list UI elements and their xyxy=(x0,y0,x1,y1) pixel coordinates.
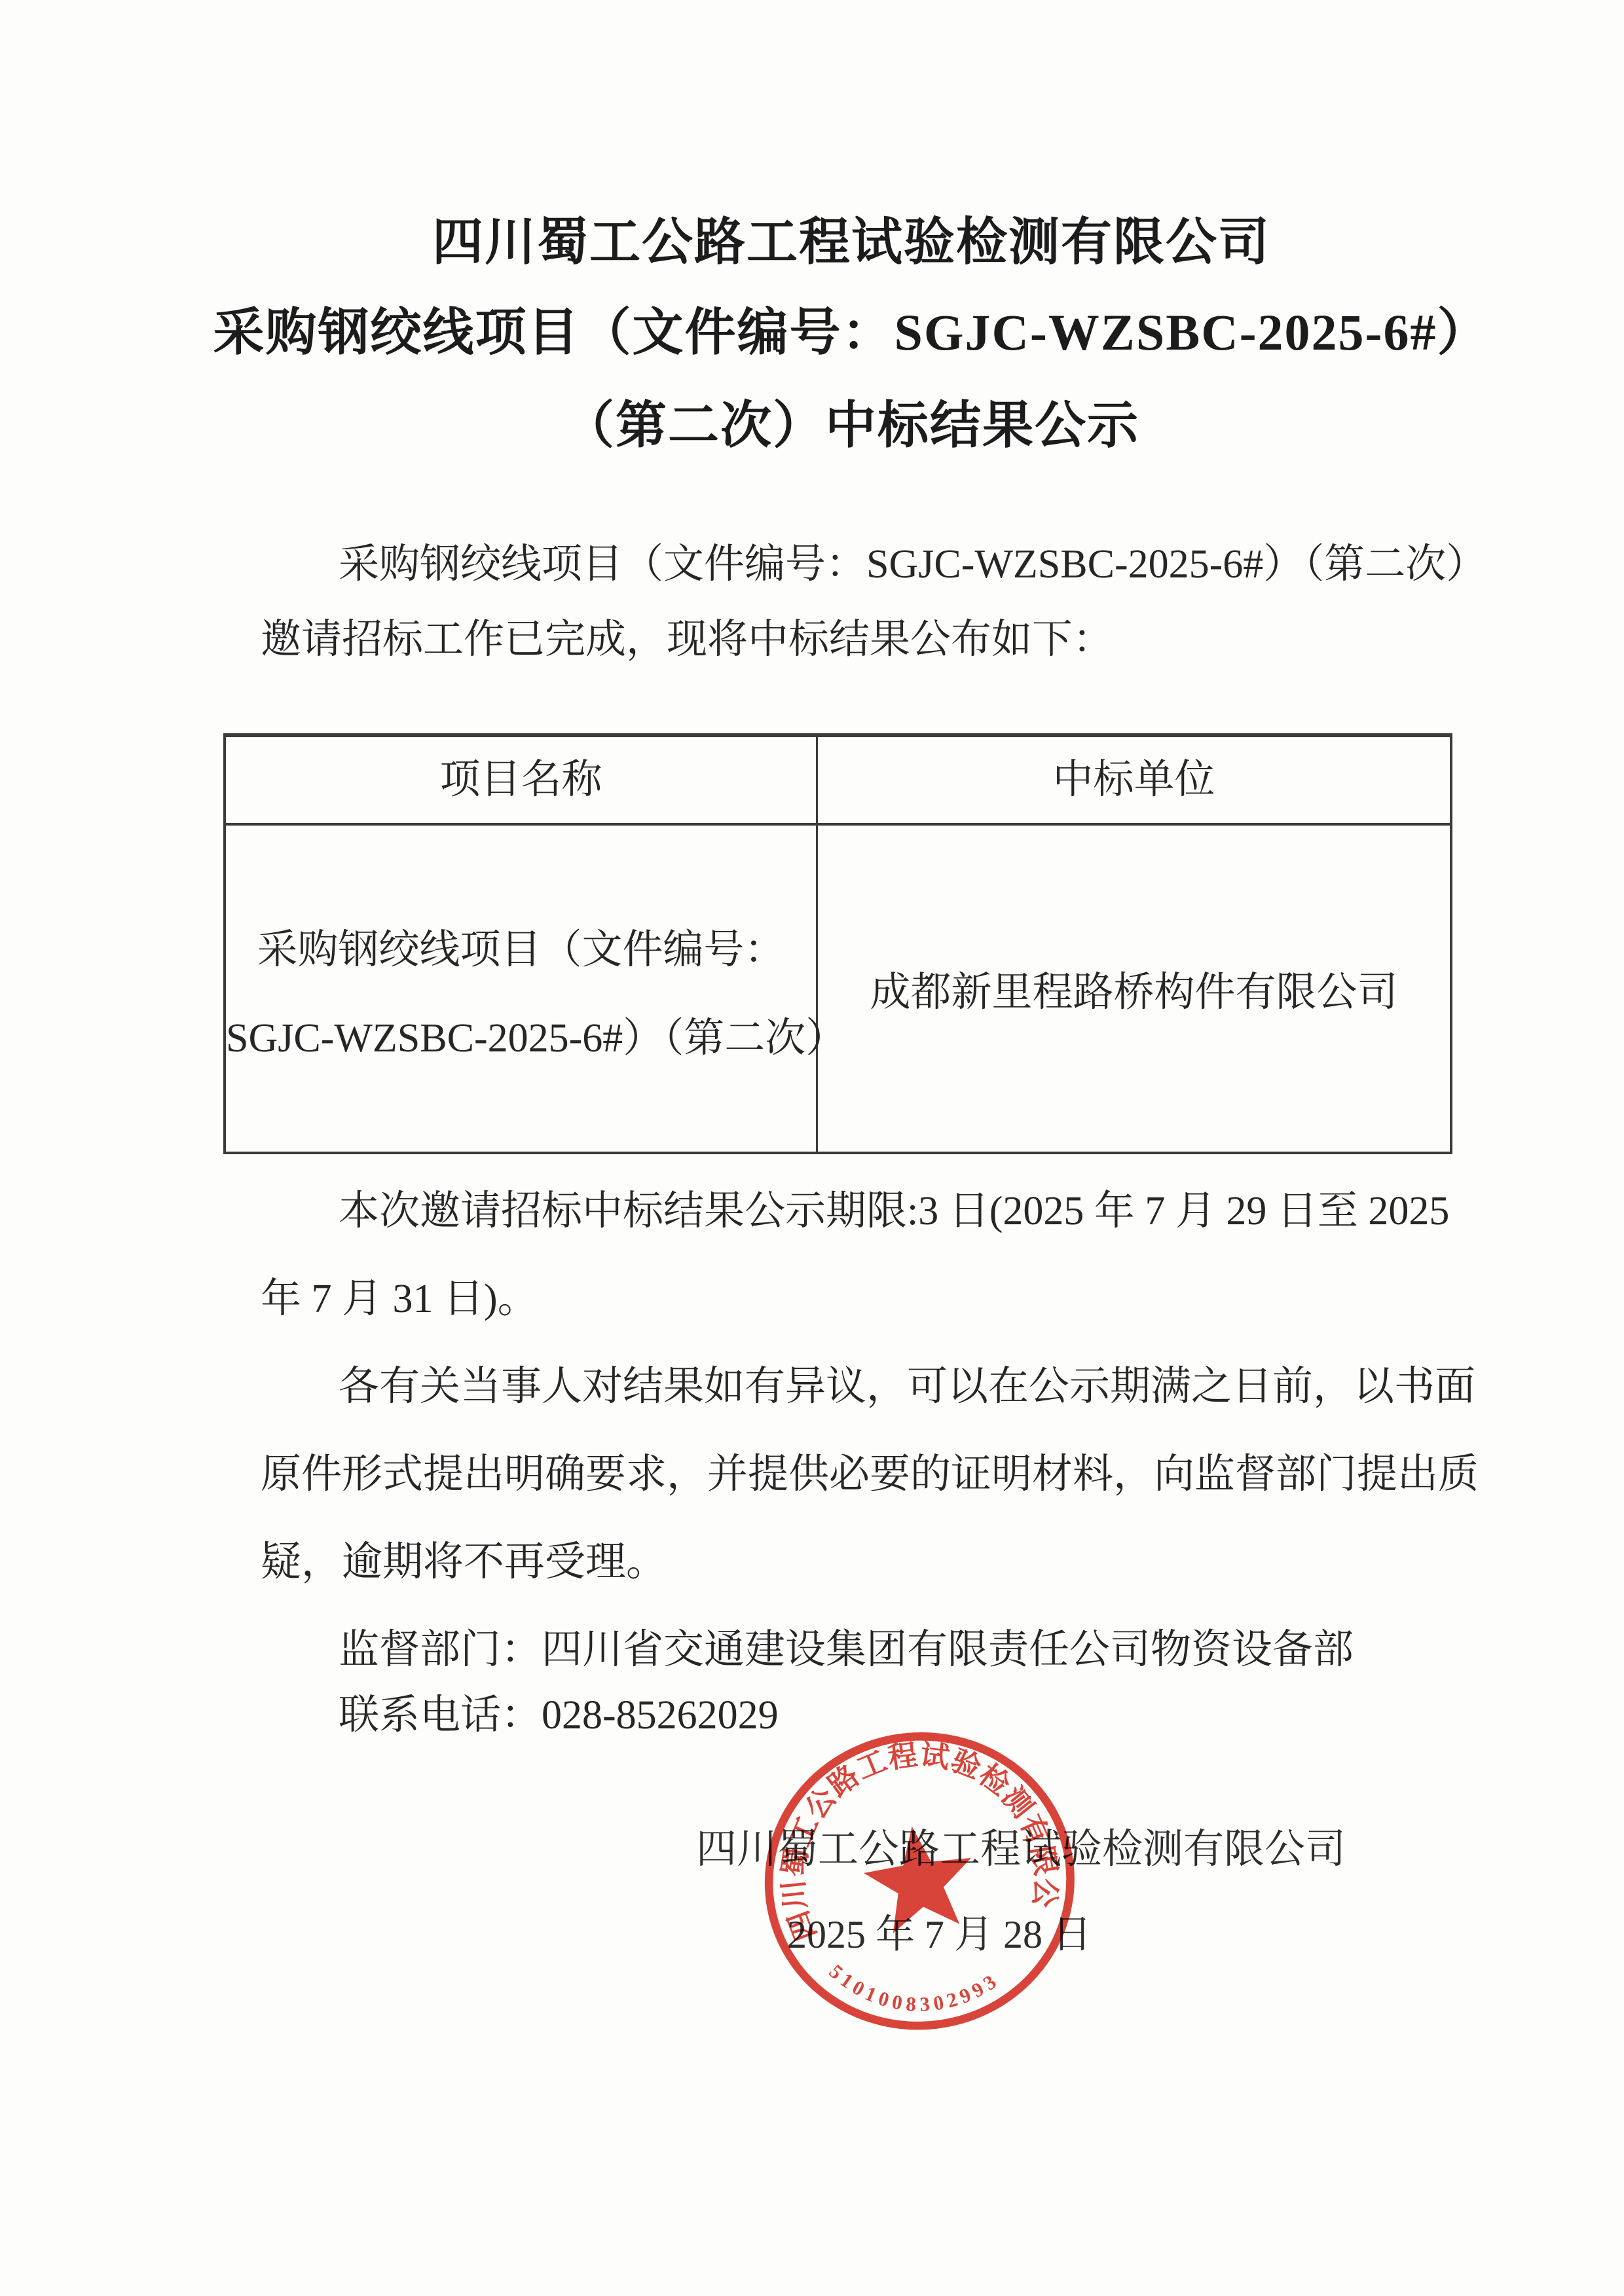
period-line-2: 年 7 月 31 日)。 xyxy=(261,1279,538,1319)
table-cell-project-line-2: SGJC-WZSBC-2025-6#）（第二次） xyxy=(226,1018,816,1059)
result-table: 项目名称 中标单位 采购钢绞线项目（文件编号： SGJC-WZSBC-2025-… xyxy=(223,733,1452,1154)
table-header-divider xyxy=(226,823,1450,826)
table-cell-winner: 成都新里程路桥构件有限公司 xyxy=(818,972,1450,1013)
phone-line: 联系电话：028-85262029 xyxy=(339,1695,779,1736)
intro-line-2: 邀请招标工作已完成，现将中标结果公布如下： xyxy=(261,619,1113,660)
doc-title-line-3: （第二次）中标结果公示 xyxy=(79,396,1624,455)
period-line-1: 本次邀请招标中标结果公示期限:3 日(2025 年 7 月 29 日至 2025 xyxy=(339,1191,1449,1231)
doc-title-line-1: 四川蜀工公路工程试验检测有限公司 xyxy=(79,213,1624,272)
company-seal-stamp: 四川蜀工公路工程试验检测有限公司 5101008302993 xyxy=(728,1704,1112,2065)
intro-line-1: 采购钢绞线项目（文件编号：SGJC-WZSBC-2025-6#）（第二次） xyxy=(339,544,1486,585)
supervisor-line: 监督部门：四川省交通建设集团有限责任公司物资设备部 xyxy=(339,1630,1354,1670)
seal-graphic: 四川蜀工公路工程试验检测有限公司 5101008302993 xyxy=(728,1704,1112,2065)
doc-title-line-2: 采购钢绞线项目（文件编号：SGJC-WZSBC-2025-6#） xyxy=(79,303,1624,362)
objection-line-1: 各有关当事人对结果如有异议，可以在公示期满之日前，以书面 xyxy=(339,1366,1475,1407)
table-header-winner: 中标单位 xyxy=(818,759,1450,800)
seal-star-icon xyxy=(858,1819,980,1936)
document-page: 四川蜀工公路工程试验检测有限公司 采购钢绞线项目（文件编号：SGJC-WZSBC… xyxy=(0,0,1624,2296)
table-header-project: 项目名称 xyxy=(226,759,816,800)
objection-line-2: 原件形式提出明确要求，并提供必要的证明材料，向监督部门提出质 xyxy=(261,1454,1479,1495)
table-cell-project-line-1: 采购钢绞线项目（文件编号： xyxy=(226,930,816,970)
objection-line-3: 疑，逾期将不再受理。 xyxy=(261,1542,667,1582)
